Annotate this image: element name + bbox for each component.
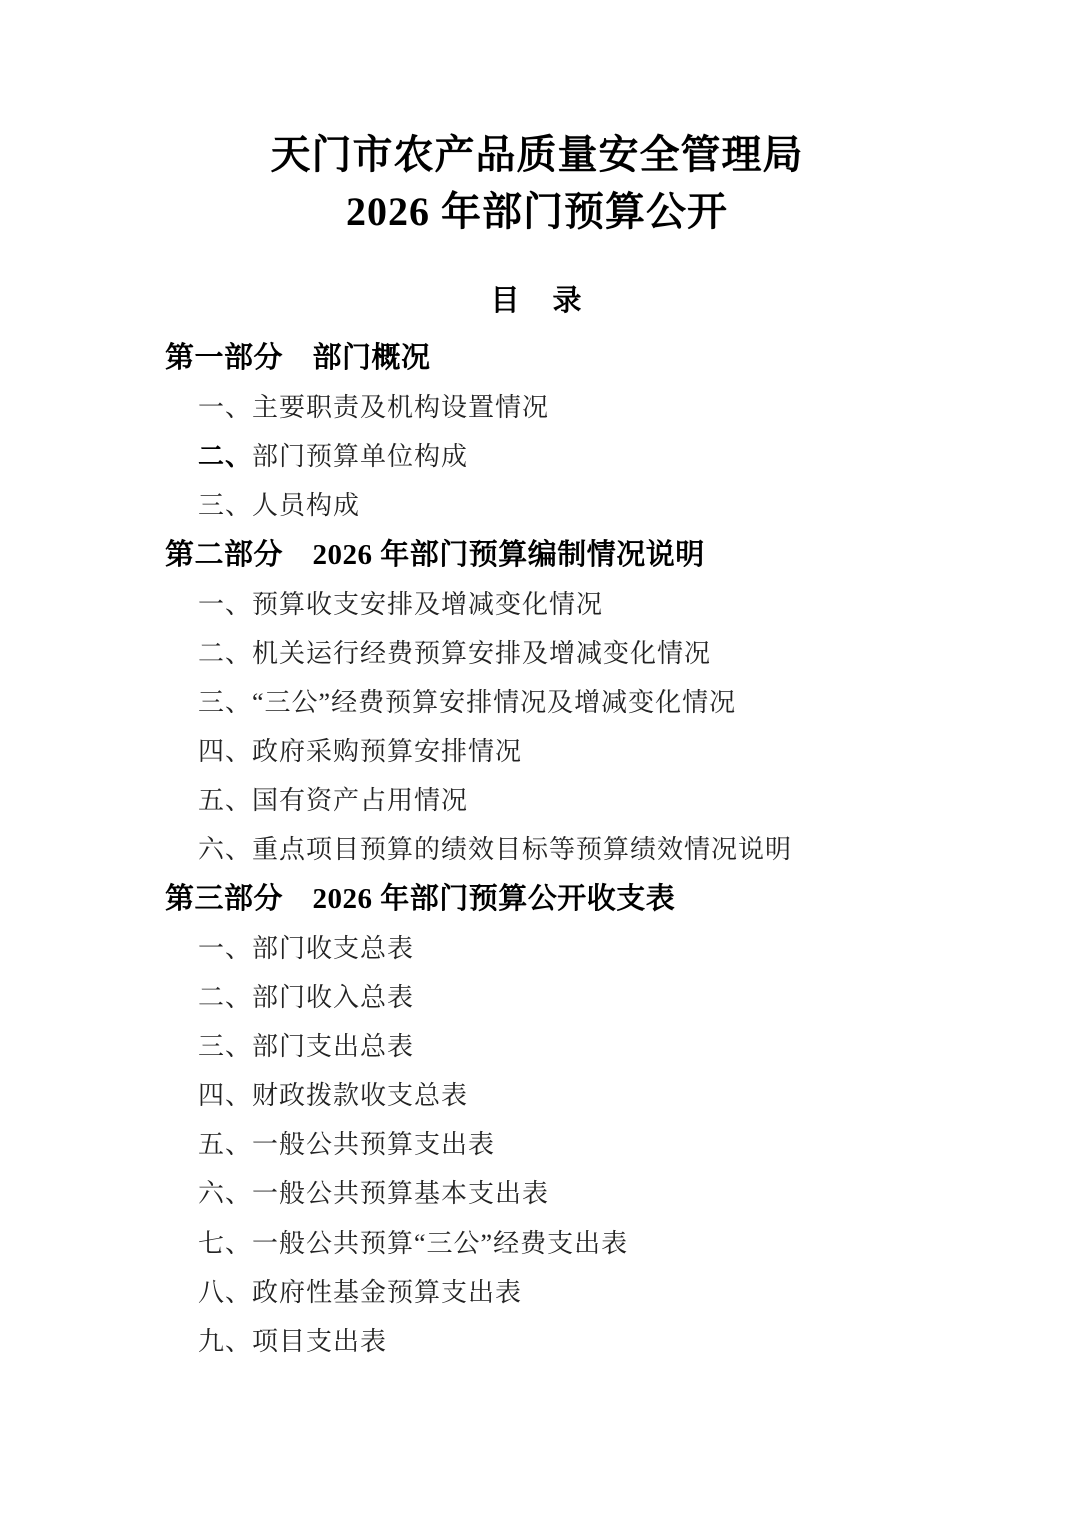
toc-item: 二、部门预算单位构成 [0, 432, 1074, 481]
toc-item-number: 一、 [198, 393, 252, 422]
toc-item-number: 三、 [198, 1032, 252, 1061]
toc-heading: 目 录 [0, 277, 1074, 326]
toc-item-number: 六、 [198, 1179, 252, 1208]
toc-item: 一、主要职责及机构设置情况 [0, 383, 1074, 432]
document-page: 天门市农产品质量安全管理局 2026 年部门预算公开 目 录 第一部分 部门概况… [0, 0, 1074, 1520]
toc-item: 三、人员构成 [0, 481, 1074, 530]
toc-item-label: 部门收入总表 [252, 983, 414, 1012]
toc-item-label: 部门支出总表 [252, 1032, 414, 1061]
toc-item: 七、一般公共预算“三公”经费支出表 [0, 1219, 1074, 1268]
toc-item-label: “三公”经费预算安排情况及增减变化情况 [252, 688, 736, 717]
toc-item-label: 政府采购预算安排情况 [252, 737, 522, 766]
toc-item-label: 预算收支安排及增减变化情况 [252, 590, 603, 619]
toc-item-number: 三、 [198, 688, 252, 717]
toc-item-number: 二、 [198, 639, 252, 668]
toc-item: 三、部门支出总表 [0, 1022, 1074, 1071]
toc-item-number: 八、 [198, 1278, 252, 1307]
toc-item-number: 二、 [198, 442, 252, 471]
toc-section-heading: 第二部分 2026 年部门预算编制情况说明 [0, 531, 1074, 580]
document-title-line1: 天门市农产品质量安全管理局 [0, 126, 1074, 183]
toc-list: 第一部分 部门概况一、主要职责及机构设置情况二、部门预算单位构成三、人员构成第二… [0, 334, 1074, 1366]
toc-item-label: 部门预算单位构成 [252, 442, 468, 471]
toc-item: 二、部门收入总表 [0, 973, 1074, 1022]
toc-item: 九、项目支出表 [0, 1317, 1074, 1366]
toc-item-number: 五、 [198, 786, 252, 815]
toc-item: 一、部门收支总表 [0, 924, 1074, 973]
toc-item-number: 九、 [198, 1327, 252, 1356]
toc-item: 五、国有资产占用情况 [0, 776, 1074, 825]
toc-item-label: 一般公共预算“三公”经费支出表 [252, 1229, 628, 1258]
toc-item-label: 机关运行经费预算安排及增减变化情况 [252, 639, 711, 668]
toc-item: 一、预算收支安排及增减变化情况 [0, 580, 1074, 629]
toc-item: 八、政府性基金预算支出表 [0, 1268, 1074, 1317]
toc-item-number: 一、 [198, 934, 252, 963]
toc-section-heading: 第一部分 部门概况 [0, 334, 1074, 383]
toc-item-label: 人员构成 [252, 491, 360, 520]
toc-item: 六、一般公共预算基本支出表 [0, 1169, 1074, 1218]
toc-item-label: 部门收支总表 [252, 934, 414, 963]
toc-item-number: 一、 [198, 590, 252, 619]
toc-item-label: 财政拨款收支总表 [252, 1081, 468, 1110]
toc-item-number: 四、 [198, 737, 252, 766]
toc-item-label: 重点项目预算的绩效目标等预算绩效情况说明 [252, 835, 792, 864]
toc-item-label: 国有资产占用情况 [252, 786, 468, 815]
toc-item-number: 三、 [198, 491, 252, 520]
toc-item-label: 主要职责及机构设置情况 [252, 393, 549, 422]
toc-item: 五、一般公共预算支出表 [0, 1120, 1074, 1169]
toc-item: 二、机关运行经费预算安排及增减变化情况 [0, 629, 1074, 678]
toc-item: 四、财政拨款收支总表 [0, 1071, 1074, 1120]
document-title-line2: 2026 年部门预算公开 [0, 183, 1074, 240]
toc-item: 四、政府采购预算安排情况 [0, 727, 1074, 776]
toc-item-number: 五、 [198, 1130, 252, 1159]
toc-item-number: 四、 [198, 1081, 252, 1110]
toc-item-label: 一般公共预算基本支出表 [252, 1179, 549, 1208]
toc-item-label: 一般公共预算支出表 [252, 1130, 495, 1159]
document-title: 天门市农产品质量安全管理局 2026 年部门预算公开 [0, 126, 1074, 240]
toc-item: 六、重点项目预算的绩效目标等预算绩效情况说明 [0, 825, 1074, 874]
toc-item-label: 政府性基金预算支出表 [252, 1278, 522, 1307]
toc-item-number: 六、 [198, 835, 252, 864]
toc-item-label: 项目支出表 [252, 1327, 387, 1356]
toc-item-number: 二、 [198, 983, 252, 1012]
toc-item: 三、“三公”经费预算安排情况及增减变化情况 [0, 678, 1074, 727]
toc-item-number: 七、 [198, 1229, 252, 1258]
toc-section-heading: 第三部分 2026 年部门预算公开收支表 [0, 875, 1074, 924]
